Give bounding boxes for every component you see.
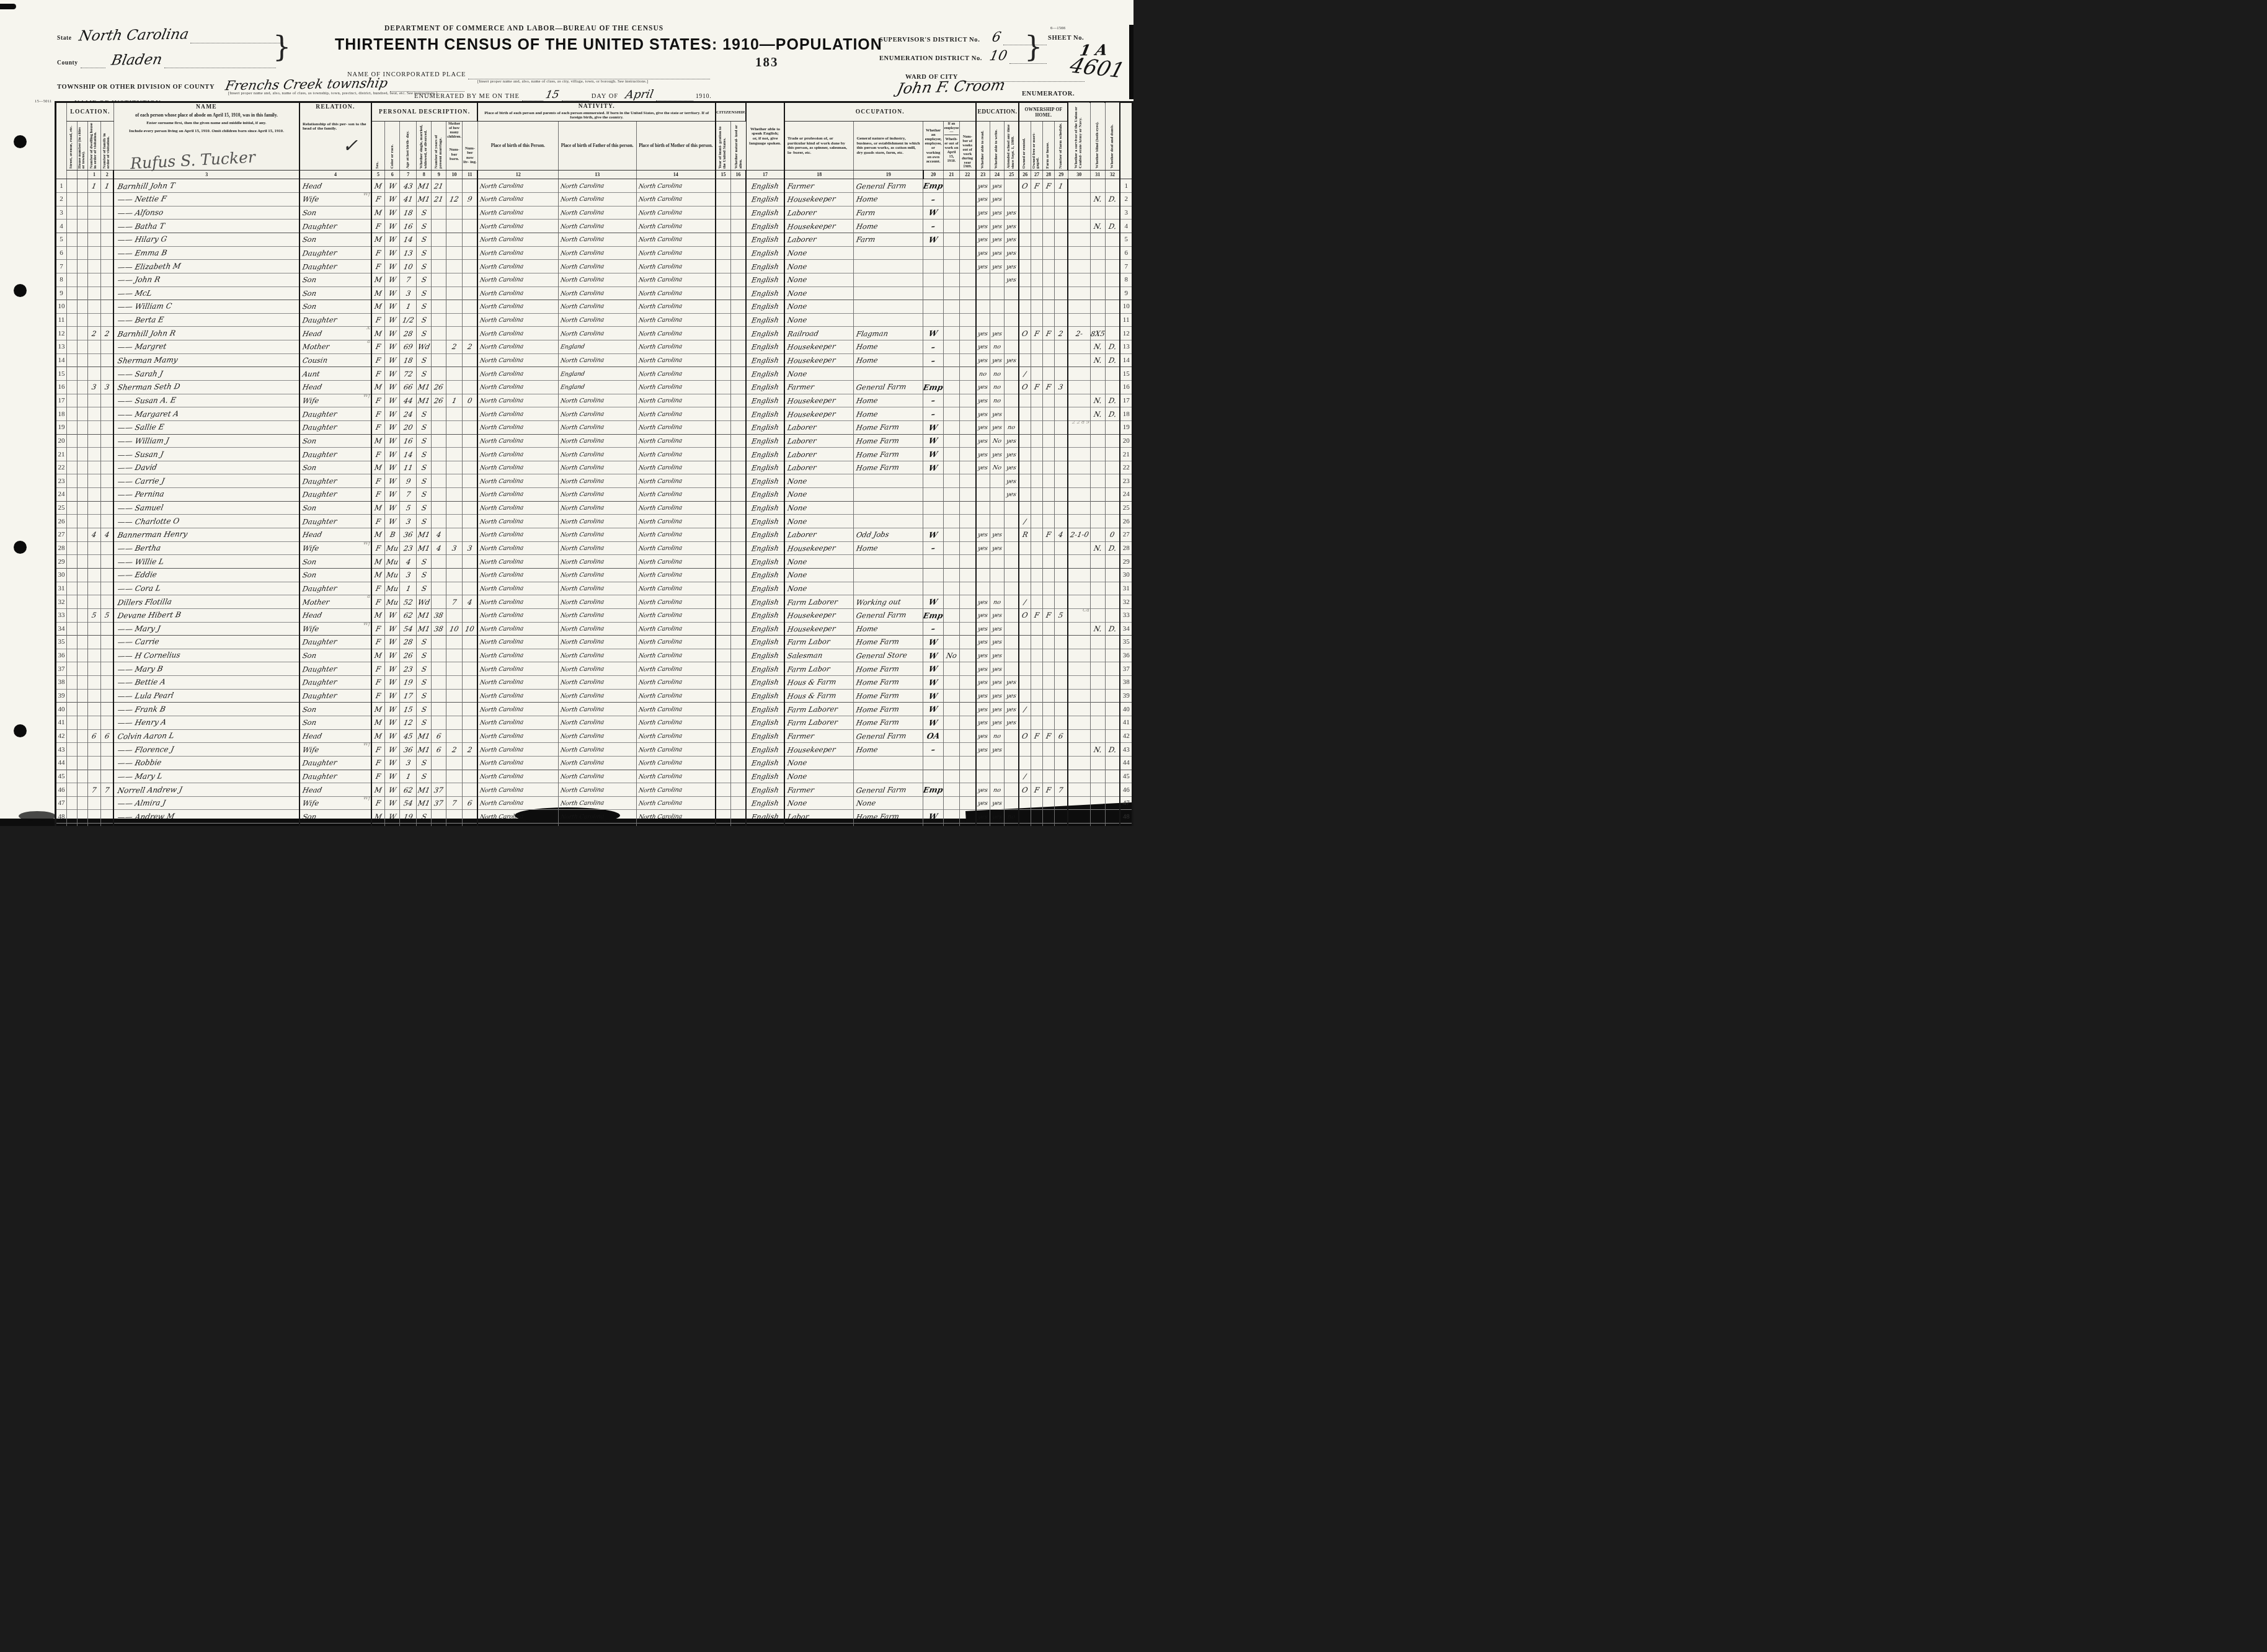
cell: M bbox=[371, 461, 385, 474]
cell: yes bbox=[1004, 260, 1019, 273]
name-cell: —— Pernina bbox=[113, 488, 299, 502]
person-row: 4—— Batha TDaughterFW16SNorth CarolinaNo… bbox=[56, 220, 1133, 233]
person-row: 48—— Andrew MSonMW19SNorth CarolinaNorth… bbox=[56, 810, 1133, 824]
cell: Mu bbox=[385, 555, 400, 569]
cell bbox=[100, 407, 113, 421]
cell: M1 bbox=[417, 179, 432, 193]
colnum-blank bbox=[66, 171, 77, 179]
cell bbox=[432, 220, 446, 233]
cell: 9 bbox=[1120, 286, 1132, 300]
name-cell: —— Elizabeth M bbox=[113, 260, 299, 273]
cell: W bbox=[385, 179, 400, 193]
cell: S bbox=[417, 488, 432, 502]
sheet-label: SHEET No. bbox=[1048, 35, 1084, 42]
cell: North Carolina bbox=[636, 515, 716, 528]
cell bbox=[87, 461, 100, 474]
cell bbox=[100, 260, 113, 273]
cell: North Carolina bbox=[558, 273, 636, 286]
cell: Emp bbox=[923, 608, 944, 622]
cell: English bbox=[746, 488, 784, 502]
cell: Daughter bbox=[299, 676, 371, 690]
cell: 36 bbox=[400, 743, 417, 757]
cell: yes bbox=[990, 193, 1004, 206]
cell: North Carolina bbox=[477, 555, 558, 569]
cell bbox=[87, 394, 100, 407]
cell bbox=[462, 420, 477, 434]
cell bbox=[731, 420, 747, 434]
cell bbox=[446, 313, 463, 327]
cell bbox=[731, 515, 747, 528]
cell bbox=[923, 796, 944, 810]
cell: yes bbox=[1004, 716, 1019, 730]
cell: Daughter bbox=[299, 246, 371, 260]
cell: Hous & Farm bbox=[784, 676, 854, 690]
cell: F bbox=[371, 474, 385, 488]
cell: North Carolina bbox=[636, 595, 716, 609]
cell bbox=[943, 729, 959, 743]
cell bbox=[716, 541, 731, 555]
relation-title: RELATION. bbox=[303, 104, 368, 111]
cell bbox=[1105, 636, 1120, 649]
cell bbox=[731, 300, 747, 314]
census-sheet: 15—5011 State North Carolina County Blad… bbox=[0, 0, 1133, 826]
cell bbox=[100, 595, 113, 609]
cell: yes bbox=[1004, 703, 1019, 716]
cell: Farmer bbox=[784, 380, 854, 394]
cell: M1 bbox=[417, 193, 432, 206]
cell: North Carolina bbox=[558, 608, 636, 622]
cell bbox=[446, 327, 463, 340]
cell: Home bbox=[854, 340, 923, 354]
cell: yes bbox=[1004, 474, 1019, 488]
cell: 28 bbox=[400, 636, 417, 649]
cell: English bbox=[746, 367, 784, 381]
cell bbox=[1090, 770, 1105, 783]
person-row: 28—— BerthaWifeWfFMu23M1433North Carolin… bbox=[56, 541, 1133, 555]
cell bbox=[960, 662, 976, 676]
cell: M bbox=[371, 327, 385, 340]
cell bbox=[1031, 716, 1042, 730]
col-weeks-out: Num- ber of weeks out of work during yea… bbox=[960, 122, 976, 171]
cell bbox=[446, 568, 463, 582]
cell: Aunt bbox=[299, 367, 371, 381]
name-cell: —— Robbie bbox=[113, 756, 299, 770]
colnum-blank bbox=[77, 171, 87, 179]
cell bbox=[432, 636, 446, 649]
cell bbox=[1068, 541, 1090, 555]
cell: W bbox=[923, 676, 944, 690]
cell: 35 bbox=[1120, 636, 1132, 649]
cell: Son bbox=[299, 273, 371, 286]
cell: S bbox=[417, 434, 432, 448]
cell: 18 bbox=[1120, 407, 1132, 421]
cell bbox=[87, 273, 100, 286]
cell bbox=[960, 420, 976, 434]
cell bbox=[731, 327, 747, 340]
cell: English bbox=[746, 394, 784, 407]
group-nativity: NATIVITY. Place of birth of each person … bbox=[477, 102, 716, 122]
cell bbox=[77, 541, 87, 555]
cell bbox=[462, 461, 477, 474]
cell: None bbox=[784, 300, 854, 314]
name-cell: —— Bertha bbox=[113, 541, 299, 555]
cell bbox=[1042, 541, 1054, 555]
cell: North Carolina bbox=[477, 488, 558, 502]
cell bbox=[446, 608, 463, 622]
cell: W bbox=[923, 461, 944, 474]
cell: 19 bbox=[1120, 420, 1132, 434]
cell: 2 bbox=[462, 340, 477, 354]
cell bbox=[1031, 474, 1042, 488]
cell bbox=[716, 300, 731, 314]
cell: yes bbox=[976, 448, 990, 461]
cell bbox=[1004, 179, 1019, 193]
cell bbox=[1042, 246, 1054, 260]
cell: S bbox=[417, 810, 432, 824]
cell bbox=[77, 353, 87, 367]
person-row: 49—— Ammy RSonMW18SNorth CarolinaNorth C… bbox=[56, 824, 1133, 826]
cell: 30 bbox=[56, 568, 67, 582]
cell bbox=[1068, 824, 1090, 826]
cell: W bbox=[385, 608, 400, 622]
cell bbox=[1031, 689, 1042, 703]
cell bbox=[990, 568, 1004, 582]
cell: S bbox=[417, 353, 432, 367]
cell: OA bbox=[923, 729, 944, 743]
cell: yes bbox=[976, 595, 990, 609]
cell: yes bbox=[976, 327, 990, 340]
cell bbox=[1105, 474, 1120, 488]
cell: yes bbox=[990, 220, 1004, 233]
cell bbox=[1054, 420, 1068, 434]
cell bbox=[1090, 662, 1105, 676]
cell: F bbox=[1031, 327, 1042, 340]
cell bbox=[100, 796, 113, 810]
cell: English bbox=[746, 824, 784, 826]
cell bbox=[77, 528, 87, 542]
cell bbox=[923, 367, 944, 381]
cell bbox=[1031, 528, 1042, 542]
cell bbox=[1004, 380, 1019, 394]
cell: English bbox=[746, 420, 784, 434]
cell bbox=[432, 770, 446, 783]
cell: F bbox=[371, 743, 385, 757]
cell: 46 bbox=[56, 783, 67, 797]
cell: 2 bbox=[1054, 327, 1068, 340]
cell bbox=[446, 555, 463, 569]
cell: Home bbox=[854, 193, 923, 206]
cell bbox=[66, 770, 77, 783]
cell bbox=[77, 394, 87, 407]
cell bbox=[77, 448, 87, 461]
cell bbox=[100, 488, 113, 502]
cell bbox=[446, 474, 463, 488]
cell: North Carolina bbox=[477, 380, 558, 394]
cell: North Carolina bbox=[636, 622, 716, 636]
cell: W bbox=[385, 649, 400, 662]
cell: None bbox=[784, 515, 854, 528]
cell bbox=[100, 353, 113, 367]
cell bbox=[960, 313, 976, 327]
cell bbox=[446, 528, 463, 542]
cell bbox=[1004, 770, 1019, 783]
cell: Farm bbox=[854, 206, 923, 220]
cell bbox=[77, 595, 87, 609]
cell bbox=[87, 367, 100, 381]
cell: W bbox=[923, 434, 944, 448]
cell bbox=[1105, 716, 1120, 730]
cell: Hous & Farm bbox=[784, 689, 854, 703]
cell bbox=[1090, 273, 1105, 286]
group-location: LOCATION. bbox=[66, 102, 113, 122]
cell bbox=[1068, 286, 1090, 300]
cell: None bbox=[784, 568, 854, 582]
cell bbox=[923, 260, 944, 273]
cell: W bbox=[385, 407, 400, 421]
cell bbox=[446, 353, 463, 367]
cell: WifeWf bbox=[299, 622, 371, 636]
person-row: 36—— H CorneliusSonMW26SNorth CarolinaNo… bbox=[56, 649, 1133, 662]
cell bbox=[77, 380, 87, 394]
name-desc-1: of each person whose place of abode on A… bbox=[118, 113, 295, 118]
col-school: Attended school any time since Sept. 1, … bbox=[1004, 122, 1019, 171]
cell: 14 bbox=[400, 233, 417, 246]
cell bbox=[462, 260, 477, 273]
cell: 1 bbox=[56, 179, 67, 193]
cell: F bbox=[371, 689, 385, 703]
cell: yes bbox=[990, 636, 1004, 649]
cell: no bbox=[990, 729, 1004, 743]
cell: 19 bbox=[400, 676, 417, 690]
cell: 5 bbox=[100, 608, 113, 622]
cell: None bbox=[784, 488, 854, 502]
cell bbox=[716, 743, 731, 757]
cell bbox=[716, 353, 731, 367]
cell: 27 bbox=[1120, 528, 1132, 542]
cell bbox=[446, 729, 463, 743]
cell bbox=[100, 246, 113, 260]
cell bbox=[77, 636, 87, 649]
cell bbox=[432, 810, 446, 824]
cell: Home Farm bbox=[854, 824, 923, 826]
cell: North Carolina bbox=[558, 770, 636, 783]
enumeration-district-value: 10 bbox=[988, 48, 1009, 64]
cell bbox=[923, 488, 944, 502]
column-number-25: 25 bbox=[1004, 171, 1019, 179]
cell: 9 bbox=[462, 193, 477, 206]
cell bbox=[1031, 394, 1042, 407]
cell bbox=[960, 206, 976, 220]
cell bbox=[77, 729, 87, 743]
cell bbox=[960, 770, 976, 783]
cell: / bbox=[1019, 770, 1031, 783]
col-trade: Trade or profession of, or particular ki… bbox=[784, 122, 854, 171]
cell bbox=[1105, 608, 1120, 622]
cell: 62 bbox=[400, 608, 417, 622]
cell: North Carolina bbox=[477, 327, 558, 340]
person-row: 2744Bannerman HenryHeadMB36M14North Caro… bbox=[56, 528, 1133, 542]
cell bbox=[446, 367, 463, 381]
cell: W bbox=[923, 595, 944, 609]
cell bbox=[462, 220, 477, 233]
cell: M1 bbox=[417, 783, 432, 797]
cell bbox=[77, 206, 87, 220]
cell bbox=[731, 662, 747, 676]
cell bbox=[462, 703, 477, 716]
cell bbox=[1042, 313, 1054, 327]
cell bbox=[1105, 233, 1120, 246]
cell: WifeWf bbox=[299, 541, 371, 555]
cell bbox=[100, 636, 113, 649]
col-house-number: House number (in cities or towns). bbox=[77, 122, 87, 171]
cell bbox=[1042, 676, 1054, 690]
col-street: Street, avenue, road, etc. bbox=[66, 122, 77, 171]
cell: W bbox=[923, 206, 944, 220]
cell bbox=[462, 313, 477, 327]
cell bbox=[1090, 810, 1105, 824]
cell: 2 bbox=[446, 743, 463, 757]
cell: 11 bbox=[1120, 313, 1132, 327]
cell bbox=[716, 461, 731, 474]
cell bbox=[432, 313, 446, 327]
cell: Son bbox=[299, 568, 371, 582]
cell bbox=[1042, 300, 1054, 314]
cell: North Carolina bbox=[636, 394, 716, 407]
cell bbox=[1068, 676, 1090, 690]
cell bbox=[943, 193, 959, 206]
cell: yes bbox=[976, 676, 990, 690]
cell: M1 bbox=[417, 743, 432, 757]
cell: yes bbox=[1004, 461, 1019, 474]
cell: yes bbox=[990, 260, 1004, 273]
cell bbox=[960, 461, 976, 474]
col-children-living: Num- ber now liv- ing. bbox=[462, 122, 477, 171]
cell: W bbox=[385, 273, 400, 286]
incorporated-line: NAME OF INCORPORATED PLACE bbox=[347, 68, 710, 79]
cell bbox=[1068, 407, 1090, 421]
cell bbox=[1019, 689, 1031, 703]
cell: English bbox=[746, 193, 784, 206]
cell: S bbox=[417, 582, 432, 595]
cell: North Carolina bbox=[636, 461, 716, 474]
cell: WifeWf bbox=[299, 193, 371, 206]
cell: 47 bbox=[1120, 796, 1132, 810]
cell: North Carolina bbox=[558, 353, 636, 367]
cell bbox=[854, 582, 923, 595]
person-row: 29—— Willie LSonMMu4SNorth CarolinaNorth… bbox=[56, 555, 1133, 569]
cell bbox=[1068, 595, 1090, 609]
cell: Son bbox=[299, 555, 371, 569]
cell bbox=[731, 568, 747, 582]
cell bbox=[960, 327, 976, 340]
cell: Flagman bbox=[854, 327, 923, 340]
person-row: 23—— Carrie JDaughterFW9SNorth CarolinaN… bbox=[56, 474, 1133, 488]
cell bbox=[854, 515, 923, 528]
cell bbox=[77, 689, 87, 703]
cell: M bbox=[371, 810, 385, 824]
cell: Home Farm bbox=[854, 703, 923, 716]
cell bbox=[943, 541, 959, 555]
cell bbox=[1031, 300, 1042, 314]
cell bbox=[1068, 756, 1090, 770]
stamp-number: 183 bbox=[755, 55, 779, 70]
cell bbox=[923, 756, 944, 770]
cell: 72 bbox=[400, 367, 417, 381]
cell bbox=[976, 515, 990, 528]
cell: yes bbox=[990, 716, 1004, 730]
col-write: Whether able to write. bbox=[990, 122, 1004, 171]
cell: 31 bbox=[1120, 582, 1132, 595]
col-free-mortgaged: Owned free or mort- gaged. bbox=[1031, 122, 1042, 171]
col-farm-house: Farm or house. bbox=[1042, 122, 1054, 171]
cell bbox=[943, 340, 959, 354]
cell: W bbox=[385, 193, 400, 206]
cell bbox=[960, 716, 976, 730]
cell: F bbox=[371, 488, 385, 502]
cell: yes bbox=[1004, 206, 1019, 220]
cell: None bbox=[784, 313, 854, 327]
cell: 26 bbox=[1120, 515, 1132, 528]
cell: O bbox=[1019, 783, 1031, 797]
cell: F bbox=[371, 636, 385, 649]
cell bbox=[87, 824, 100, 826]
cell bbox=[66, 810, 77, 824]
cell: 2 bbox=[1120, 193, 1132, 206]
cell bbox=[1004, 568, 1019, 582]
cell: North Carolina bbox=[636, 313, 716, 327]
cell bbox=[1019, 273, 1031, 286]
cell: 24 bbox=[1120, 488, 1132, 502]
cell: yes bbox=[976, 407, 990, 421]
cell bbox=[1031, 420, 1042, 434]
cell: English bbox=[746, 555, 784, 569]
cell bbox=[716, 528, 731, 542]
cell bbox=[943, 206, 959, 220]
cell bbox=[1068, 461, 1090, 474]
cell: M1 bbox=[417, 796, 432, 810]
pencil-annotation: Wf bbox=[363, 193, 370, 197]
cell bbox=[1004, 367, 1019, 381]
cell bbox=[100, 622, 113, 636]
cell bbox=[87, 622, 100, 636]
cell: M bbox=[371, 824, 385, 826]
cell: English bbox=[746, 810, 784, 824]
cell bbox=[923, 300, 944, 314]
name-cell: —— Susan J bbox=[113, 448, 299, 461]
cell: North Carolina bbox=[636, 434, 716, 448]
cell bbox=[432, 703, 446, 716]
cell bbox=[462, 608, 477, 622]
cell bbox=[943, 796, 959, 810]
name-cell: —— Carrie J bbox=[113, 474, 299, 488]
cell: yes bbox=[990, 689, 1004, 703]
cell: North Carolina bbox=[477, 541, 558, 555]
cell: S bbox=[417, 474, 432, 488]
cell bbox=[1019, 582, 1031, 595]
cell bbox=[1031, 756, 1042, 770]
cell: yes bbox=[990, 420, 1004, 434]
cell: North Carolina bbox=[636, 193, 716, 206]
cell: M1 bbox=[417, 541, 432, 555]
cell bbox=[77, 568, 87, 582]
cell bbox=[66, 246, 77, 260]
cell: 13 bbox=[400, 246, 417, 260]
cell bbox=[976, 488, 990, 502]
cell: W bbox=[385, 676, 400, 690]
cell bbox=[87, 340, 100, 354]
cell: 15 bbox=[56, 367, 67, 381]
cell: S bbox=[417, 220, 432, 233]
